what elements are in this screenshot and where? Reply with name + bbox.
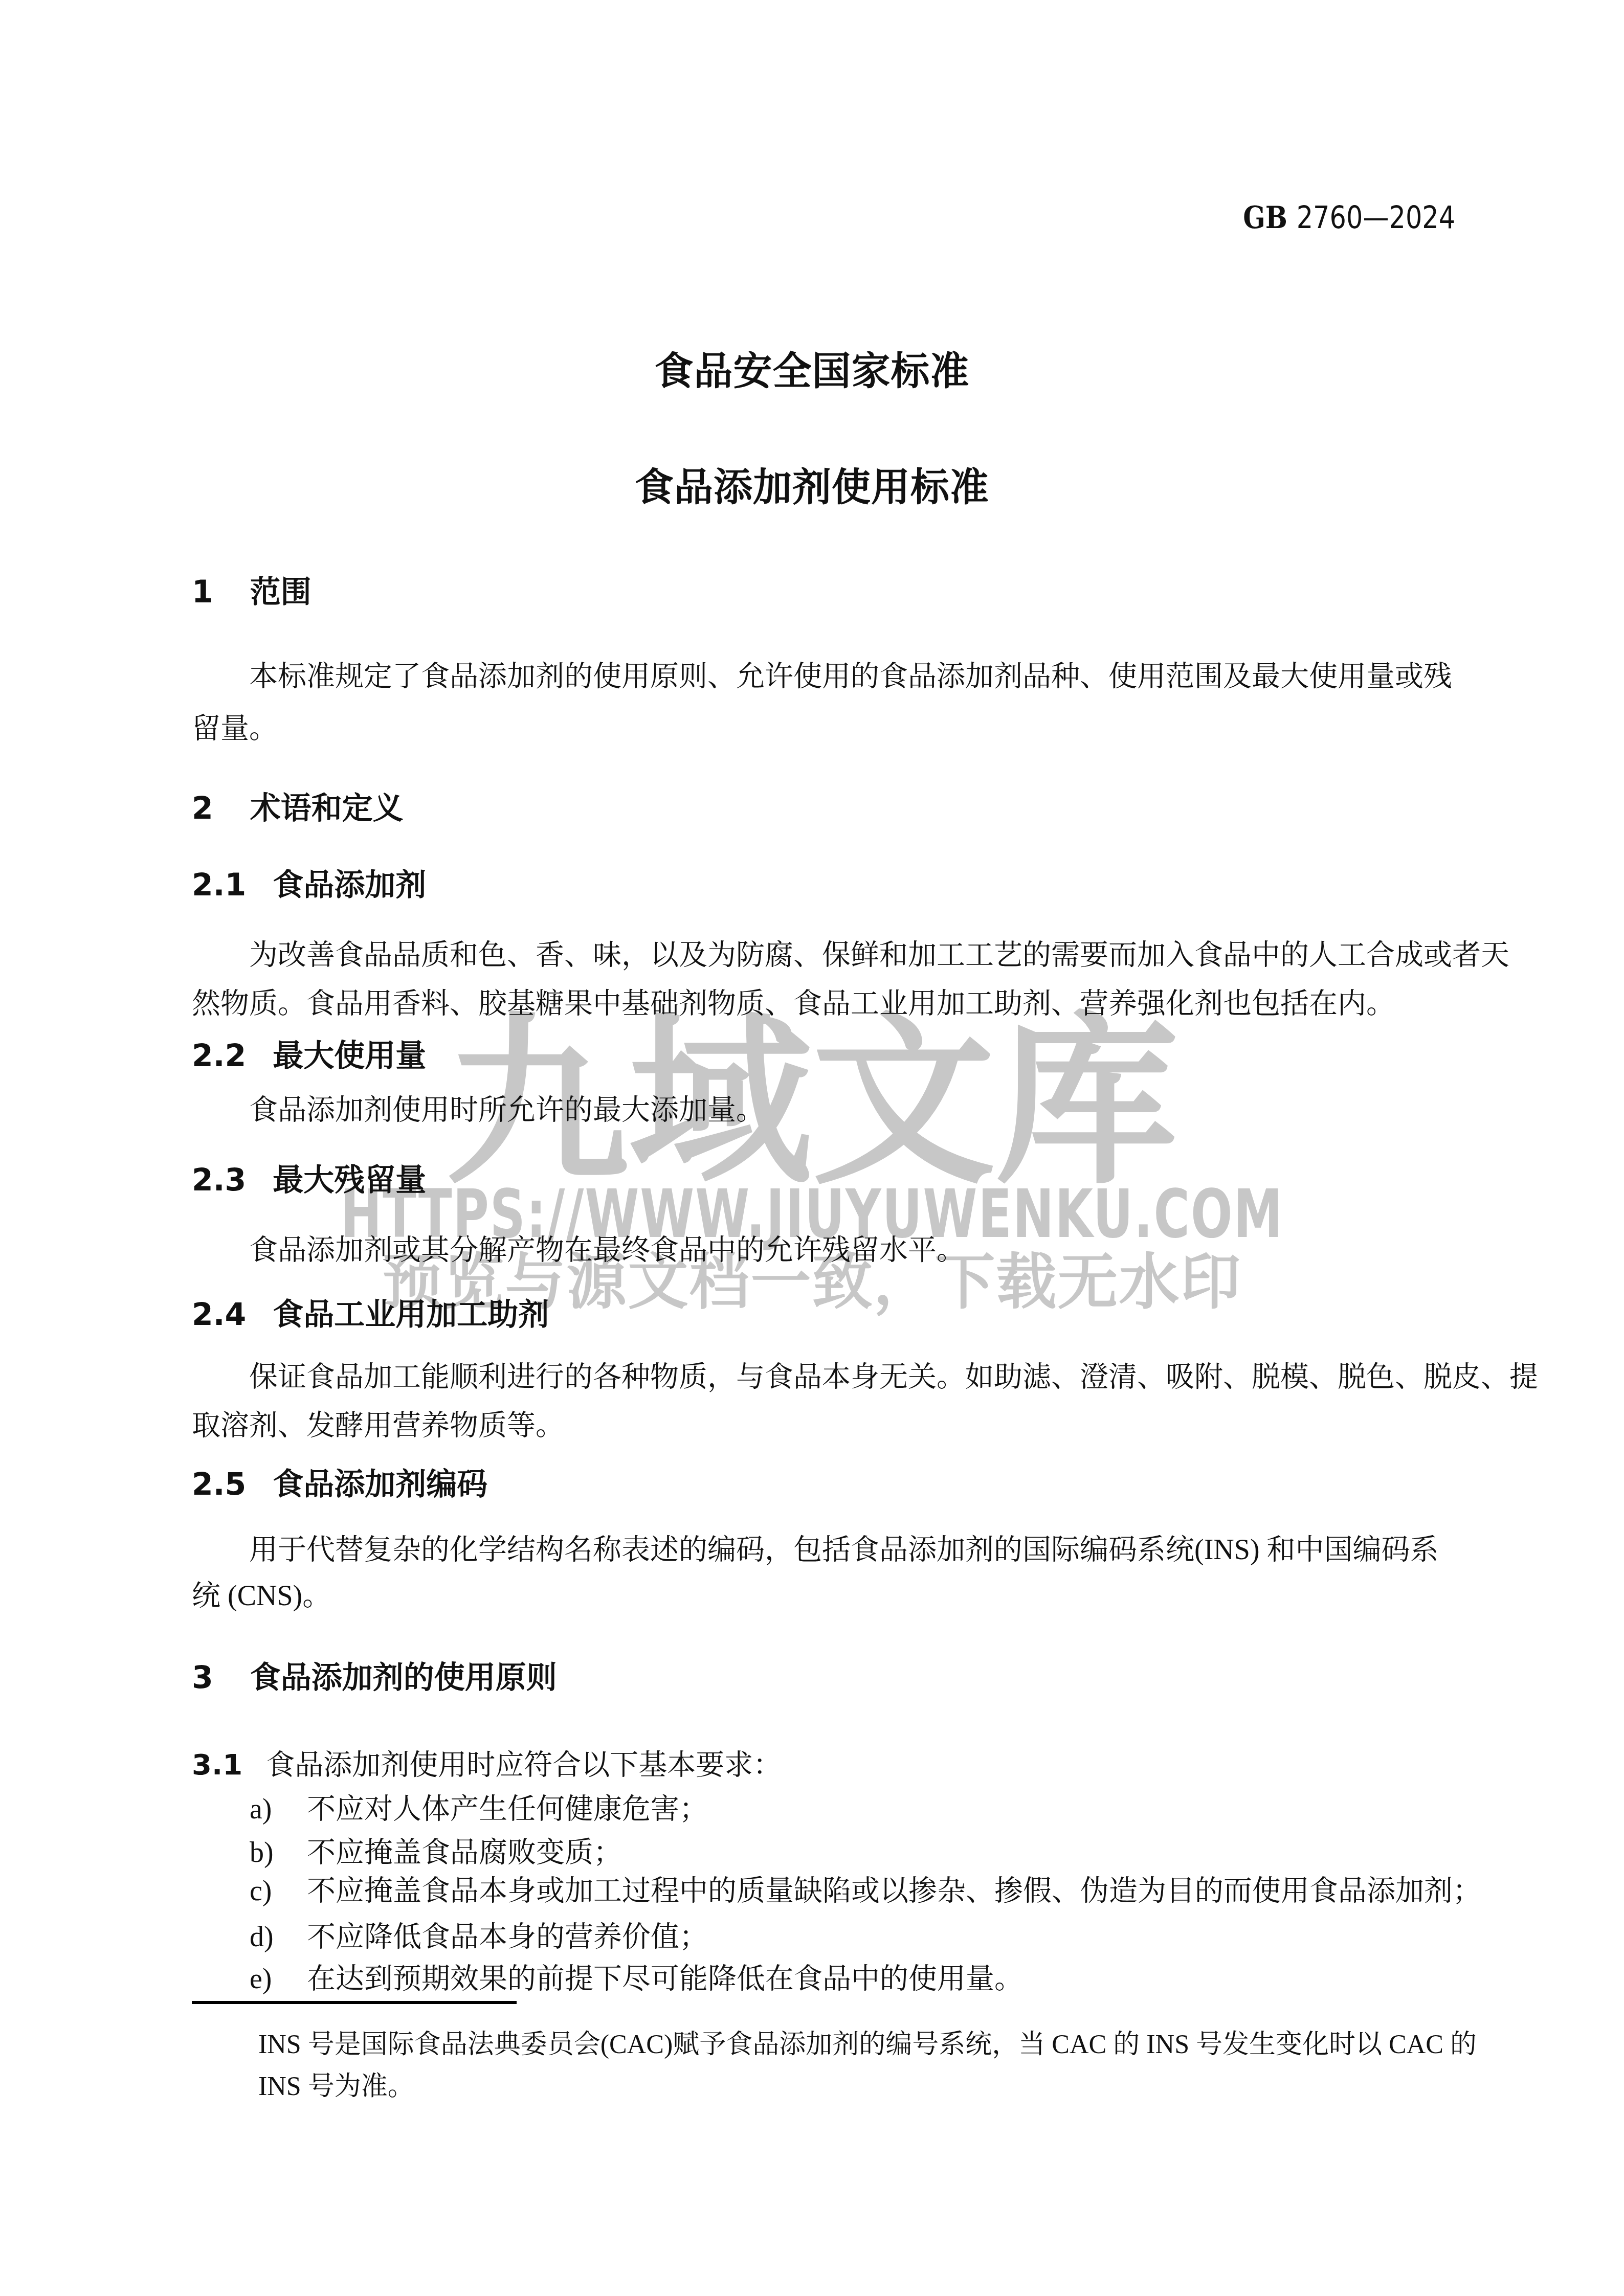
paragraph-2-5-line-2: 统 (CNS)。	[192, 1579, 331, 1613]
list-item-e-marker: e)	[250, 1962, 283, 1996]
list-item-e: e)在达到预期效果的前提下尽可能降低在食品中的使用量。	[250, 1962, 1023, 1996]
doc-title: 食品安全国家标准	[655, 351, 970, 392]
list-item-c: c)不应掩盖食品本身或加工过程中的质量缺陷或以掺杂、掺假、伪造为目的而使用食品添…	[250, 1874, 1481, 1908]
paragraph-2-4-line-2: 取溶剂、发酵用营养物质等。	[192, 1409, 564, 1443]
paragraph-2-1-line-2: 然物质。食品用香料、胶基糖果中基础剂物质、食品工业用加工助剂、营养强化剂也包括在…	[192, 987, 1395, 1021]
heading-2-4: 2.4食品工业用加工助剂	[192, 1298, 549, 1332]
heading-2-2-number: 2.2	[192, 1039, 246, 1073]
list-item-b: b)不应掩盖食品腐败变质；	[250, 1836, 622, 1870]
list-item-d-marker: d)	[250, 1920, 283, 1954]
heading-2-3-title: 最大残留量	[273, 1162, 426, 1198]
paragraph-2-3: 食品添加剂或其分解产物在最终食品中的允许残留水平。	[249, 1233, 965, 1268]
paragraph-2-5-line-1: 用于代替复杂的化学结构名称表述的编码，包括食品添加剂的国际编码系统(INS) 和…	[249, 1533, 1439, 1567]
footnote-line-1: INS 号是国际食品法典委员会(CAC)赋予食品添加剂的编号系统，当 CAC 的…	[258, 2029, 1477, 2061]
footnote-line-2: INS 号为准。	[258, 2071, 414, 2103]
heading-2: 2术语和定义	[192, 792, 404, 825]
heading-2-5-title: 食品添加剂编码	[273, 1467, 487, 1502]
list-item-b-marker: b)	[250, 1836, 283, 1870]
list-item-d-text: 不应降低食品本身的营养价值；	[307, 1921, 708, 1953]
list-item-c-text: 不应掩盖食品本身或加工过程中的质量缺陷或以掺杂、掺假、伪造为目的而使用食品添加剂…	[307, 1875, 1481, 1907]
heading-2-5: 2.5食品添加剂编码	[192, 1468, 487, 1501]
clause-3-1: 3.1食品添加剂使用时应符合以下基本要求：	[192, 1748, 782, 1783]
heading-2-5-number: 2.5	[192, 1468, 246, 1501]
heading-2-4-number: 2.4	[192, 1298, 246, 1332]
heading-1: 1范围	[192, 575, 312, 609]
list-item-b-text: 不应掩盖食品腐败变质；	[307, 1837, 622, 1869]
heading-2-3: 2.3最大残留量	[192, 1163, 426, 1197]
standard-code-number: 2760—2024	[1296, 200, 1455, 236]
heading-3-title: 食品添加剂的使用原则	[250, 1660, 557, 1696]
heading-2-1-title: 食品添加剂	[273, 867, 426, 903]
heading-2-4-title: 食品工业用加工助剂	[273, 1297, 549, 1333]
heading-1-title: 范围	[250, 574, 312, 610]
heading-2-1-number: 2.1	[192, 868, 246, 902]
heading-1-number: 1	[192, 575, 213, 609]
paragraph-scope-line-1: 本标准规定了食品添加剂的使用原则、允许使用的食品添加剂品种、使用范围及最大使用量…	[249, 660, 1452, 694]
heading-3: 3食品添加剂的使用原则	[192, 1661, 557, 1695]
heading-2-title: 术语和定义	[250, 791, 404, 826]
paragraph-scope-line-2: 留量。	[192, 712, 278, 746]
list-item-d: d)不应降低食品本身的营养价值；	[250, 1920, 708, 1954]
paragraph-2-1-line-1: 为改善食品品质和色、香、味，以及为防腐、保鲜和加工工艺的需要而加入食品中的人工合…	[249, 938, 1509, 973]
document-page: 九域文库 HTTPS://WWW.JIUYUWENKU.COM 预览与源文档一致…	[0, 0, 1624, 2296]
list-item-a: a)不应对人体产生任何健康危害；	[250, 1792, 708, 1827]
paragraph-2-4-line-1: 保证食品加工能顺利进行的各种物质，与食品本身无关。如助滤、澄清、吸附、脱模、脱色…	[249, 1360, 1538, 1394]
doc-subtitle: 食品添加剂使用标准	[635, 467, 989, 508]
paragraph-2-2: 食品添加剂使用时所允许的最大添加量。	[249, 1093, 765, 1128]
standard-code: GB 2760—2024	[1243, 201, 1455, 235]
heading-2-2-title: 最大使用量	[273, 1038, 426, 1074]
standard-code-prefix: GB	[1243, 200, 1287, 236]
list-item-e-text: 在达到预期效果的前提下尽可能降低在食品中的使用量。	[307, 1963, 1023, 1995]
footnote-separator	[192, 2001, 517, 2004]
clause-3-1-number: 3.1	[192, 1748, 242, 1782]
heading-2-2: 2.2最大使用量	[192, 1039, 426, 1073]
clause-3-1-text: 食品添加剂使用时应符合以下基本要求：	[266, 1749, 782, 1781]
heading-2-3-number: 2.3	[192, 1163, 246, 1197]
heading-2-1: 2.1食品添加剂	[192, 868, 426, 902]
list-item-c-marker: c)	[250, 1874, 283, 1908]
heading-2-number: 2	[192, 792, 213, 825]
document-content: GB 2760—2024 食品安全国家标准 食品添加剂使用标准 1范围 本标准规…	[0, 0, 1624, 2296]
list-item-a-text: 不应对人体产生任何健康危害；	[307, 1793, 708, 1825]
list-item-a-marker: a)	[250, 1792, 283, 1827]
heading-3-number: 3	[192, 1661, 213, 1695]
